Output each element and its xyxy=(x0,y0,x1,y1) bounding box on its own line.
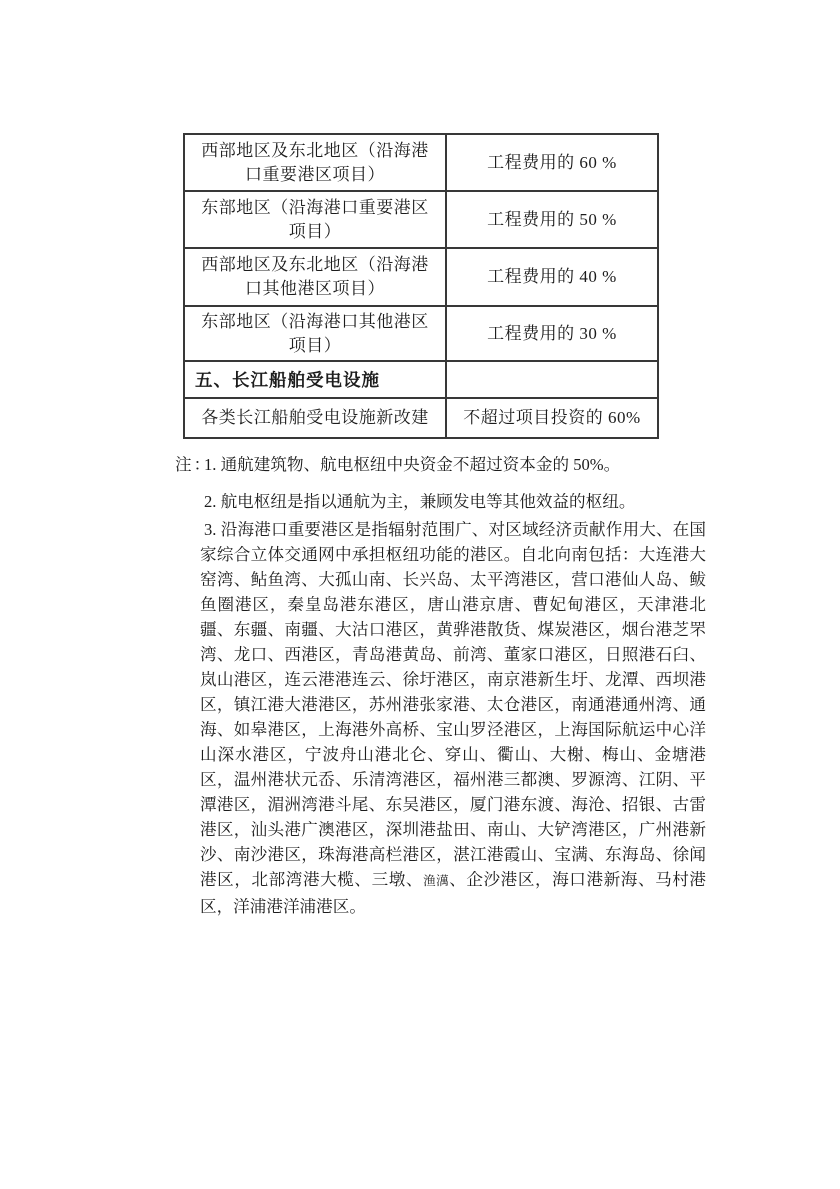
rate-cell: 工程费用的 40 % xyxy=(446,248,658,306)
region-cell: 西部地区及东北地区（沿海港口重要港区项目） xyxy=(184,134,446,191)
notes-section: 注： 1. 通航建筑物、航电枢纽中央资金不超过资本金的 50%。 2. 航电枢纽… xyxy=(175,452,715,919)
rate-cell-empty xyxy=(446,361,658,398)
table-row: 西部地区及东北地区（沿海港口重要港区项目） 工程费用的 60 % xyxy=(184,134,658,191)
table-row: 东部地区（沿海港口重要港区项目） 工程费用的 50 % xyxy=(184,191,658,248)
section-title-cell: 五、长江船舶受电设施 xyxy=(184,361,446,398)
rate-cell: 工程费用的 30 % xyxy=(446,306,658,361)
region-cell: 各类长江船舶受电设施新改建 xyxy=(184,398,446,438)
note-3-text: 3. 沿海港口重要港区是指辐射范围广、对区域经济贡献作用大、在国家综合立体交通网… xyxy=(200,520,706,889)
region-cell: 东部地区（沿海港口重要港区项目） xyxy=(184,191,446,248)
rate-cell: 不超过项目投资的 60% xyxy=(446,398,658,438)
notes-body: 1. 通航建筑物、航电枢纽中央资金不超过资本金的 50%。 2. 航电枢纽是指以… xyxy=(200,452,706,919)
document-page: 西部地区及东北地区（沿海港口重要港区项目） 工程费用的 60 % 东部地区（沿海… xyxy=(0,0,840,1189)
notes-label: 注： xyxy=(175,452,212,477)
region-cell: 西部地区及东北地区（沿海港口其他港区项目） xyxy=(184,248,446,306)
table-section-row: 五、长江船舶受电设施 xyxy=(184,361,658,398)
note-3-small-text: 渔澫 xyxy=(423,874,449,888)
table-row: 西部地区及东北地区（沿海港口其他港区项目） 工程费用的 40 % xyxy=(184,248,658,306)
note-1: 1. 通航建筑物、航电枢纽中央资金不超过资本金的 50%。 xyxy=(200,452,706,477)
note-2: 2. 航电枢纽是指以通航为主，兼顾发电等其他效益的枢纽。 xyxy=(200,489,706,514)
region-cell: 东部地区（沿海港口其他港区项目） xyxy=(184,306,446,361)
table-row: 各类长江船舶受电设施新改建 不超过项目投资的 60% xyxy=(184,398,658,438)
table-row: 东部地区（沿海港口其他港区项目） 工程费用的 30 % xyxy=(184,306,658,361)
note-3: 3. 沿海港口重要港区是指辐射范围广、对区域经济贡献作用大、在国家综合立体交通网… xyxy=(200,517,706,919)
rate-cell: 工程费用的 50 % xyxy=(446,191,658,248)
subsidy-rate-table: 西部地区及东北地区（沿海港口重要港区项目） 工程费用的 60 % 东部地区（沿海… xyxy=(183,133,659,439)
rate-cell: 工程费用的 60 % xyxy=(446,134,658,191)
